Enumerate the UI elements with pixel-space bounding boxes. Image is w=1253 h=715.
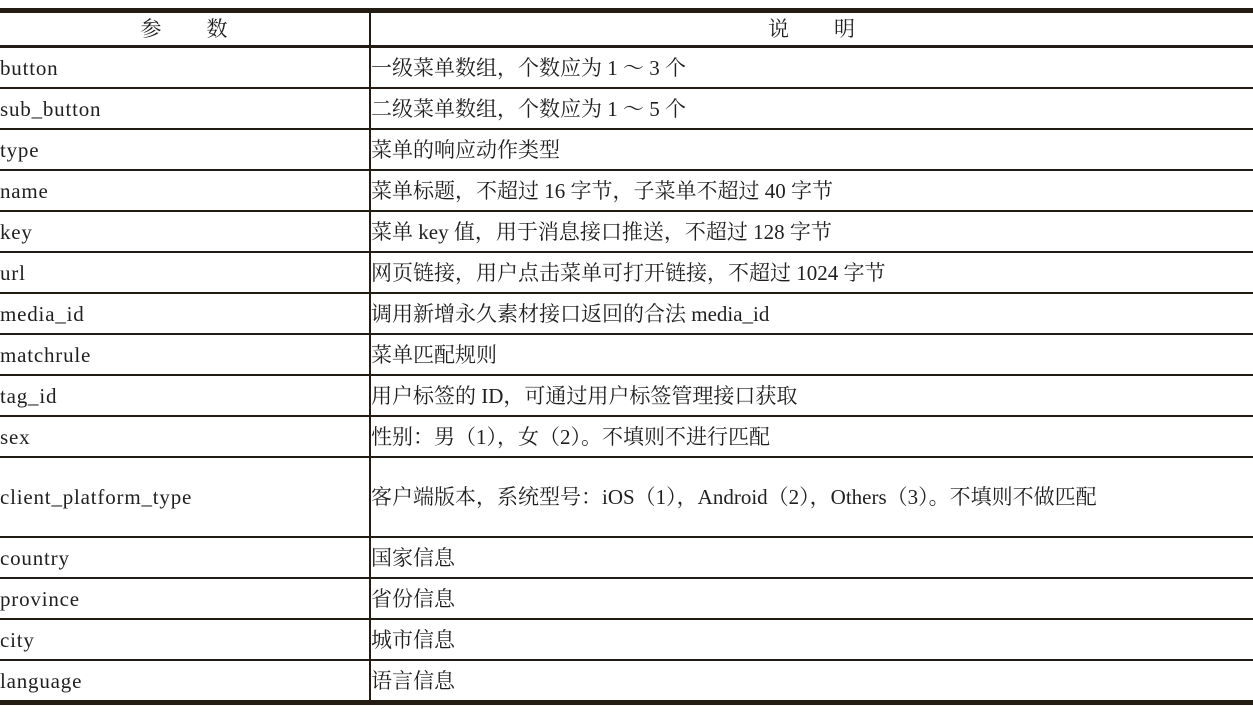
param-cell-client-platform-type: client_platform_type xyxy=(0,457,370,537)
desc-cell-language: 语言信息 xyxy=(370,660,1253,703)
table-row: type 菜单的响应动作类型 xyxy=(0,129,1253,170)
table-row: language 语言信息 xyxy=(0,660,1253,703)
table-row: tag_id 用户标签的 ID，可通过用户标签管理接口获取 xyxy=(0,375,1253,416)
param-cell-button: button xyxy=(0,47,370,89)
desc-cell-media-id: 调用新增永久素材接口返回的合法 media_id xyxy=(370,293,1253,334)
param-cell-tag-id: tag_id xyxy=(0,375,370,416)
desc-cell-key: 菜单 key 值，用于消息接口推送，不超过 128 字节 xyxy=(370,211,1253,252)
param-cell-type: type xyxy=(0,129,370,170)
param-cell-sub-button: sub_button xyxy=(0,88,370,129)
table-row: country 国家信息 xyxy=(0,537,1253,578)
table-row: sub_button 二级菜单数组，个数应为 1 ～ 5 个 xyxy=(0,88,1253,129)
param-cell-key: key xyxy=(0,211,370,252)
param-cell-matchrule: matchrule xyxy=(0,334,370,375)
param-cell-province: province xyxy=(0,578,370,619)
desc-cell-country: 国家信息 xyxy=(370,537,1253,578)
param-cell-name: name xyxy=(0,170,370,211)
desc-cell-client-platform-type: 客户端版本，系统型号：iOS（1），Android（2），Others（3）。不… xyxy=(370,457,1253,537)
desc-cell-city: 城市信息 xyxy=(370,619,1253,660)
table-row: city 城市信息 xyxy=(0,619,1253,660)
desc-cell-matchrule: 菜单匹配规则 xyxy=(370,334,1253,375)
table-row: sex 性别：男（1），女（2）。不填则不进行匹配 xyxy=(0,416,1253,457)
desc-cell-name: 菜单标题，不超过 16 字节，子菜单不超过 40 字节 xyxy=(370,170,1253,211)
table-row: matchrule 菜单匹配规则 xyxy=(0,334,1253,375)
desc-cell-sub-button: 二级菜单数组，个数应为 1 ～ 5 个 xyxy=(370,88,1253,129)
parameters-table: 参 数 说 明 button 一级菜单数组，个数应为 1 ～ 3 个 sub_b… xyxy=(0,8,1253,705)
table-row: url 网页链接，用户点击菜单可打开链接，不超过 1024 字节 xyxy=(0,252,1253,293)
desc-cell-sex: 性别：男（1），女（2）。不填则不进行匹配 xyxy=(370,416,1253,457)
desc-cell-tag-id: 用户标签的 ID，可通过用户标签管理接口获取 xyxy=(370,375,1253,416)
param-cell-media-id: media_id xyxy=(0,293,370,334)
header-row: 参 数 说 明 xyxy=(0,11,1253,47)
param-cell-url: url xyxy=(0,252,370,293)
param-cell-city: city xyxy=(0,619,370,660)
desc-cell-province: 省份信息 xyxy=(370,578,1253,619)
document-page: 参 数 说 明 button 一级菜单数组，个数应为 1 ～ 3 个 sub_b… xyxy=(0,0,1253,715)
table-row: media_id 调用新增永久素材接口返回的合法 media_id xyxy=(0,293,1253,334)
desc-cell-button: 一级菜单数组，个数应为 1 ～ 3 个 xyxy=(370,47,1253,89)
table-row: button 一级菜单数组，个数应为 1 ～ 3 个 xyxy=(0,47,1253,89)
table-row: client_platform_type 客户端版本，系统型号：iOS（1），A… xyxy=(0,457,1253,537)
desc-cell-url: 网页链接，用户点击菜单可打开链接，不超过 1024 字节 xyxy=(370,252,1253,293)
table-row: key 菜单 key 值，用于消息接口推送，不超过 128 字节 xyxy=(0,211,1253,252)
column-header-desc: 说 明 xyxy=(370,11,1253,47)
table-row: province 省份信息 xyxy=(0,578,1253,619)
table-row: name 菜单标题，不超过 16 字节，子菜单不超过 40 字节 xyxy=(0,170,1253,211)
desc-cell-type: 菜单的响应动作类型 xyxy=(370,129,1253,170)
column-header-param: 参 数 xyxy=(0,11,370,47)
param-cell-sex: sex xyxy=(0,416,370,457)
param-cell-country: country xyxy=(0,537,370,578)
param-cell-language: language xyxy=(0,660,370,703)
